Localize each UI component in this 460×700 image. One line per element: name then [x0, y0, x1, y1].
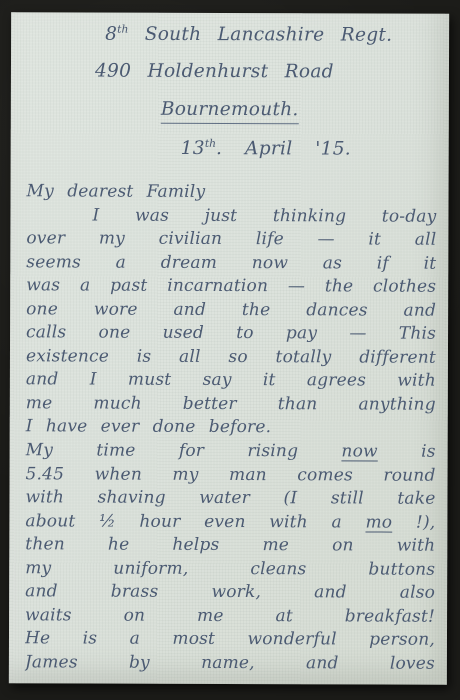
letter-page: 8th South Lancashire Regt. 490 Holdenhur…	[9, 12, 449, 685]
letter-line: my uniform, cleans buttons	[25, 557, 435, 582]
letter-line: 5.45 when my man comes round	[26, 463, 436, 488]
address-line: 490 Holdenhurst Road	[11, 60, 449, 100]
letter-line: then he helps me on with	[25, 533, 435, 558]
letter-line: My time for rising now is	[26, 439, 436, 464]
letter-line: James by name, and loves	[25, 651, 435, 676]
letter-line: calls one used to pay — This	[26, 322, 436, 347]
letter-line: waits on me at breakfast!	[25, 604, 435, 629]
letter-header: 8th South Lancashire Regt. 490 Holdenhur…	[11, 12, 450, 176]
letter-line: about ½ hour even with a mo !),	[25, 510, 435, 535]
letter-line: was a past incarnation — the clothes	[26, 274, 436, 299]
letter-line: seems a dream now as if it	[26, 251, 436, 276]
letter-line: and brass work, and also	[25, 581, 435, 606]
regiment-name: South Lancashire Regt.	[128, 24, 392, 46]
letter-line: and I must say it agrees with	[26, 369, 436, 394]
town-text: Bournemouth.	[161, 99, 299, 124]
letter-line: me much better than anything	[26, 392, 436, 417]
date-day: 13	[181, 138, 205, 159]
letter-line: with shaving water (I still take	[25, 486, 435, 511]
letter-line: I was just thinking to-day	[26, 204, 436, 229]
regiment-line: 8th South Lancashire Regt.	[11, 22, 449, 62]
letter-line: over my civilian life — it all	[26, 227, 436, 252]
letter-body: My dearest Family I was just thinking to…	[9, 174, 449, 676]
date-ordinal: th	[205, 137, 216, 150]
regiment-number: 8	[105, 24, 117, 45]
photo-background: 8th South Lancashire Regt. 490 Holdenhur…	[0, 0, 460, 700]
regiment-ordinal: th	[117, 23, 128, 36]
letter-line: existence is all so totally different	[26, 345, 436, 370]
letter-line: I have ever done before.	[26, 416, 436, 441]
date-rest: . April '15.	[216, 138, 351, 159]
letter-line: one wore and the dances and	[26, 298, 436, 323]
salutation-line: My dearest Family	[27, 180, 437, 205]
date-line: 13th. April '15.	[11, 136, 449, 176]
letter-line: He is a most wonderful person,	[25, 628, 435, 653]
town-line: Bournemouth.	[11, 98, 449, 138]
